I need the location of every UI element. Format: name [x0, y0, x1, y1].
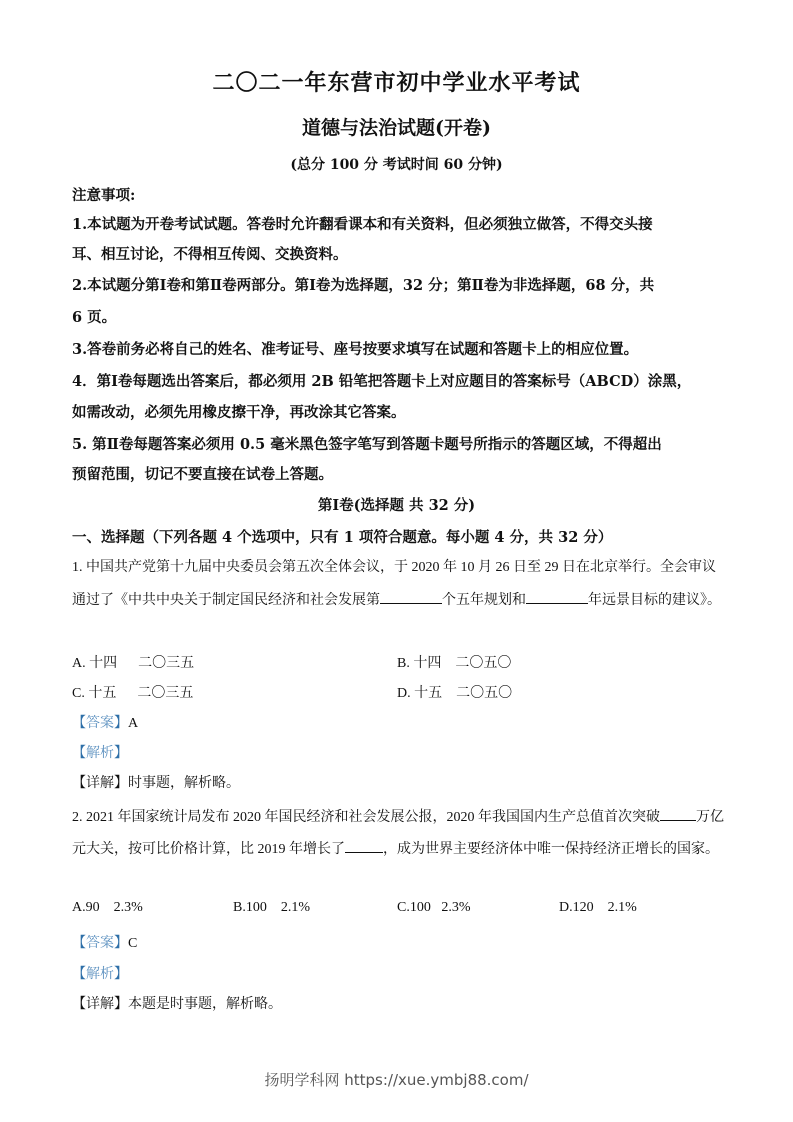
question-text: 通过了《中共中央关于制定国民经济和社会发展第	[72, 593, 380, 608]
answer-value: A	[128, 716, 138, 731]
option-c: C. 十五 二〇三五	[72, 682, 193, 702]
footer-watermark: 扬明学科网 https://xue.ymbj88.com/	[0, 1069, 793, 1090]
note-line: 1.本试题为开卷考试试题。答卷时允许翻看课本和有关资料，但必须独立做答，不得交头…	[72, 213, 653, 234]
note-line: 3.答卷前务必将自己的姓名、准考证号、座号按要求填写在试题和答题卡上的相应位置。	[72, 338, 638, 359]
option-a: A. 十四 二〇三五	[72, 652, 194, 672]
note-line: 预留范围，切记不要直接在试卷上答题。	[72, 463, 333, 484]
exam-title: 二〇二一年东营市初中学业水平考试	[0, 66, 793, 97]
analysis-line: 【解析】	[72, 963, 128, 983]
notes-heading: 注意事项:	[72, 184, 135, 205]
question-2-line-2: 元大关，按可比价格计算，比 2019 年增长了，成为世界主要经济体中唯一保持经济…	[72, 838, 719, 858]
answer-tag: 答案	[86, 936, 114, 951]
answer-blank	[660, 806, 696, 821]
question-2-line-1: 2. 2021 年国家统计局发布 2020 年国民经济和社会发展公报，2020 …	[72, 806, 724, 826]
question-text: 年远景目标的建议》。	[588, 593, 721, 608]
detail-text: 时事题，解析略。	[128, 776, 240, 791]
answer-blank	[380, 589, 442, 604]
note-line: 6 页。	[72, 306, 116, 327]
section-title: 第Ⅰ卷(选择题 共 32 分)	[0, 494, 793, 515]
detail-line: 【详解】本题是时事题，解析略。	[72, 993, 282, 1013]
option-d: D.120 2.1%	[559, 900, 637, 916]
answer-line: 【答案】C	[72, 932, 137, 952]
question-1-line-2: 通过了《中共中央关于制定国民经济和社会发展第个五年规划和年远景目标的建议》。	[72, 589, 721, 609]
note-line: 耳、相互讨论，不得相互传阅、交换资料。	[72, 243, 348, 264]
analysis-tag: 解析	[86, 746, 114, 761]
answer-blank	[345, 838, 383, 853]
option-b: B.100 2.1%	[233, 900, 310, 916]
exam-page: 二〇二一年东营市初中学业水平考试 道德与法治试题(开卷) (总分 100 分 考…	[0, 0, 793, 1122]
answer-tag: 答案	[86, 716, 114, 731]
detail-tag: 详解	[86, 997, 114, 1012]
detail-line: 【详解】时事题，解析略。	[72, 772, 240, 792]
detail-tag: 详解	[86, 776, 114, 791]
option-c: C.100 2.3%	[397, 900, 471, 916]
option-b: B. 十四 二〇五〇	[397, 652, 511, 672]
exam-subtitle: 道德与法治试题(开卷)	[0, 113, 793, 140]
analysis-tag: 解析	[86, 967, 114, 982]
question-text: 个五年规划和	[442, 593, 526, 608]
analysis-line: 【解析】	[72, 742, 128, 762]
answer-line: 【答案】A	[72, 712, 138, 732]
question-1-line-1: 1. 中国共产党第十九届中央委员会第五次全体会议，于 2020 年 10 月 2…	[72, 556, 716, 576]
detail-text: 本题是时事题，解析略。	[128, 997, 282, 1012]
answer-value: C	[128, 936, 137, 951]
answer-blank	[526, 589, 588, 604]
note-line: 2.本试题分第Ⅰ卷和第Ⅱ卷两部分。第Ⅰ卷为选择题，32 分；第Ⅱ卷为非选择题，6…	[72, 274, 654, 295]
note-line: 如需改动，必须先用橡皮擦干净，再改涂其它答案。	[72, 401, 406, 422]
option-a: A.90 2.3%	[72, 900, 143, 916]
exam-meta: (总分 100 分 考试时间 60 分钟)	[0, 154, 793, 174]
section-instruction: 一、选择题（下列各题 4 个选项中，只有 1 项符合题意。每小题 4 分，共 3…	[72, 526, 612, 547]
note-line: 5. 第Ⅱ卷每题答案必须用 0.5 毫米黑色签字笔写到答题卡题号所指示的答题区域…	[72, 433, 662, 454]
note-line: 4．第Ⅰ卷每题选出答案后，都必须用 2B 铅笔把答题卡上对应题目的答案标号（AB…	[72, 370, 691, 391]
option-d: D. 十五 二〇五〇	[397, 682, 512, 702]
